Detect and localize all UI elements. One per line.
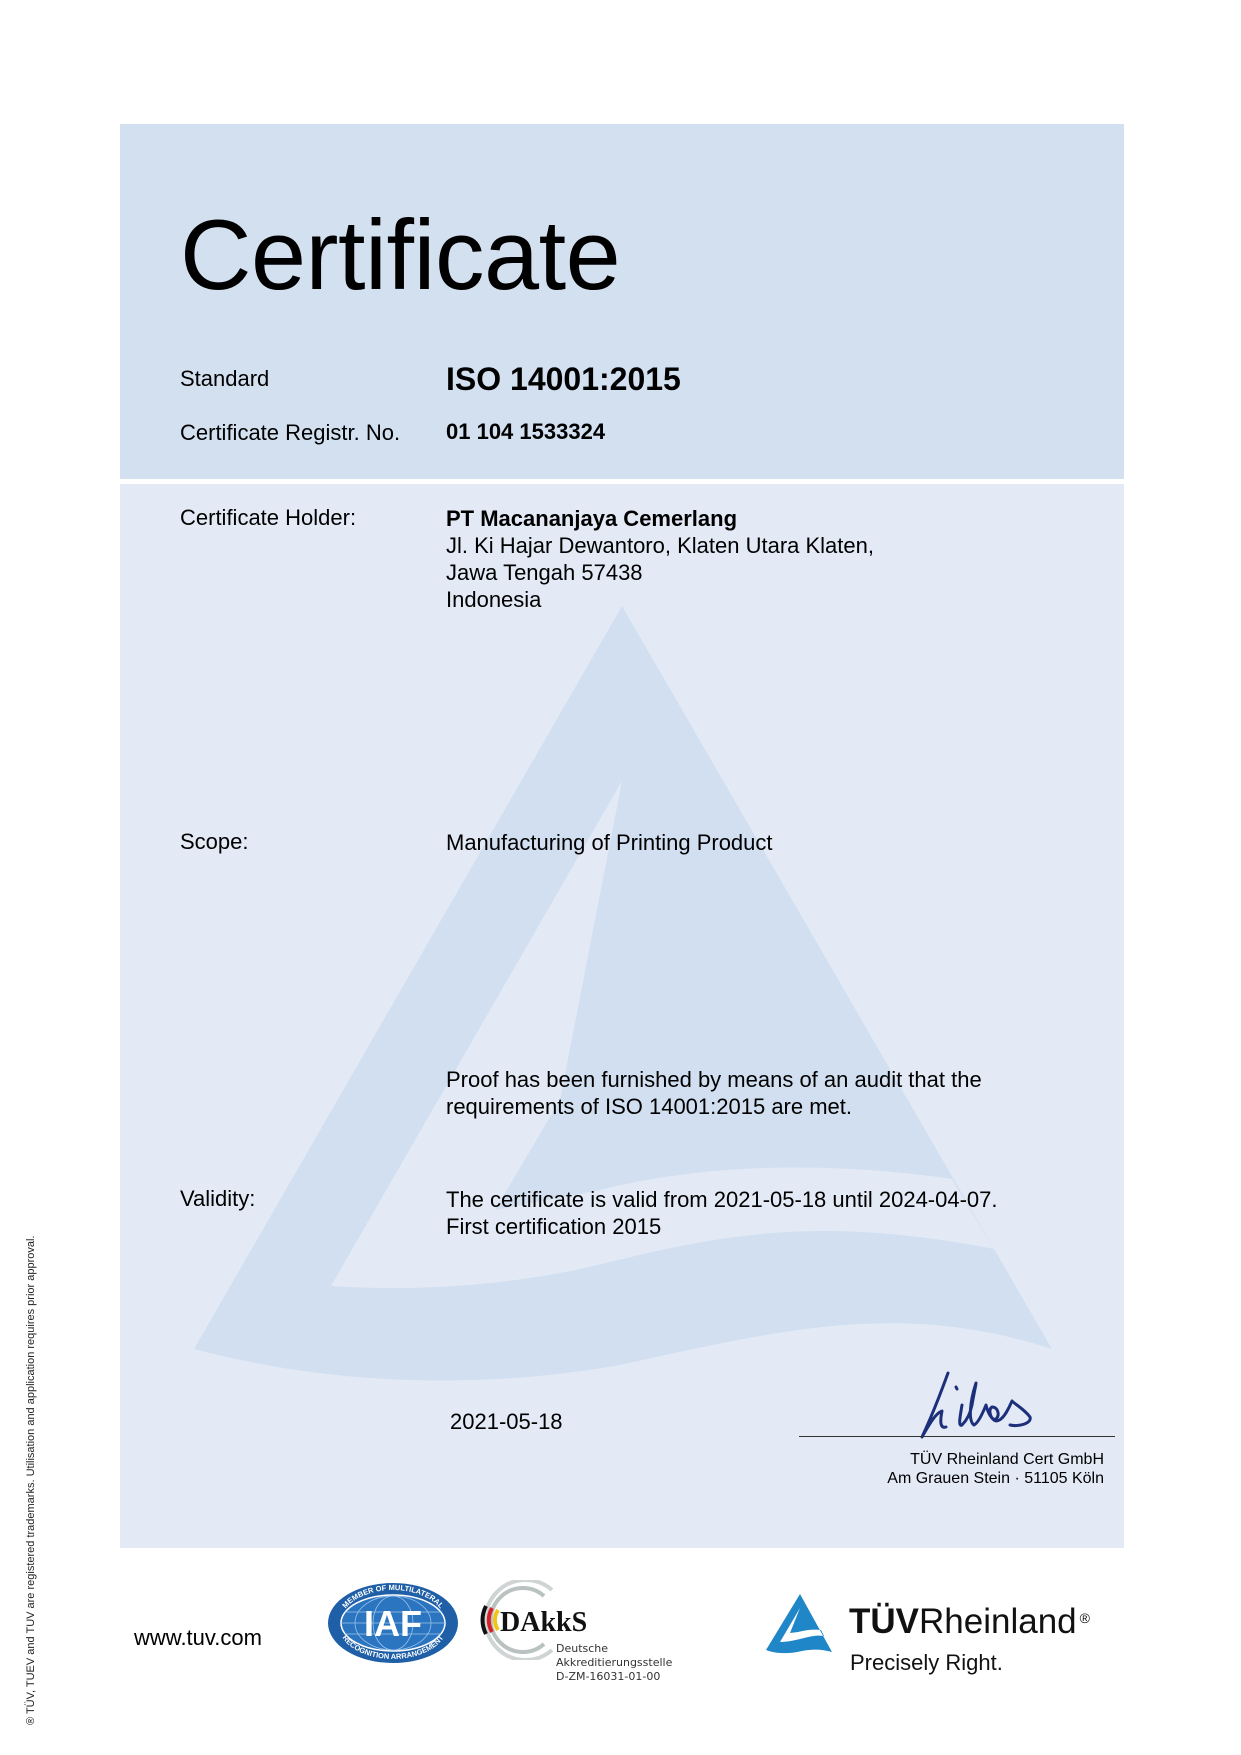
validity-period: The certificate is valid from 2021-05-18… bbox=[446, 1186, 998, 1213]
tuv-brand-regular: Rheinland bbox=[919, 1602, 1077, 1641]
signature-line bbox=[799, 1436, 1115, 1437]
issue-date: 2021-05-18 bbox=[450, 1409, 563, 1435]
first-certification: First certification 2015 bbox=[446, 1213, 998, 1240]
tuv-slogan: Precisely Right. bbox=[850, 1650, 1003, 1676]
holder-name: PT Macananjaya Cemerlang bbox=[446, 505, 874, 532]
tuv-triangle-logo-icon bbox=[766, 1594, 834, 1654]
tuv-brand: TÜVRheinland® bbox=[849, 1602, 1090, 1642]
scope-label: Scope: bbox=[180, 829, 249, 855]
proof-line: requirements of ISO 14001:2015 are met. bbox=[446, 1093, 982, 1120]
tuv-brand-bold: TÜV bbox=[849, 1602, 919, 1641]
standard-value: ISO 14001:2015 bbox=[446, 360, 681, 398]
holder-address-line: Jl. Ki Hajar Dewantoro, Klaten Utara Kla… bbox=[446, 532, 874, 559]
website-link[interactable]: www.tuv.com bbox=[134, 1625, 262, 1651]
issuer-name: TÜV Rheinland Cert GmbH bbox=[910, 1450, 1104, 1469]
registration-label: Certificate Registr. No. bbox=[180, 420, 400, 446]
issuer-address: Am Grauen Stein · 51105 Köln bbox=[887, 1469, 1104, 1488]
signature-icon bbox=[900, 1365, 1060, 1445]
dakks-code: D-ZM-16031-01-00 bbox=[556, 1670, 660, 1684]
registered-mark: ® bbox=[1080, 1610, 1090, 1626]
dakks-name: DAkkS bbox=[500, 1608, 587, 1638]
dakks-logo: DAkkS Deutsche Akkreditierungsstelle D-Z… bbox=[474, 1580, 694, 1680]
holder-address-line: Indonesia bbox=[446, 586, 874, 613]
holder-block: PT Macananjaya Cemerlang Jl. Ki Hajar De… bbox=[446, 505, 874, 613]
dakks-line1: Deutsche bbox=[556, 1642, 608, 1656]
holder-address-line: Jawa Tengah 57438 bbox=[446, 559, 874, 586]
iaf-logo-icon: IAF MEMBER OF MULTILATERAL RECOGNITION A… bbox=[327, 1582, 459, 1664]
registration-value: 01 104 1533324 bbox=[446, 419, 605, 445]
svg-text:IAF: IAF bbox=[364, 1603, 422, 1644]
standard-label: Standard bbox=[180, 366, 269, 392]
certificate-title: Certificate bbox=[180, 200, 620, 310]
proof-statement: Proof has been furnished by means of an … bbox=[446, 1066, 982, 1120]
proof-line: Proof has been furnished by means of an … bbox=[446, 1066, 982, 1093]
holder-label: Certificate Holder: bbox=[180, 505, 356, 531]
trademark-note: ® TÜV, TUEV and TUV are registered trade… bbox=[24, 1236, 38, 1726]
dakks-line2: Akkreditierungsstelle bbox=[556, 1656, 672, 1670]
scope-value: Manufacturing of Printing Product bbox=[446, 829, 773, 856]
iaf-logo: IAF MEMBER OF MULTILATERAL RECOGNITION A… bbox=[327, 1582, 459, 1664]
validity-block: The certificate is valid from 2021-05-18… bbox=[446, 1186, 998, 1240]
validity-label: Validity: bbox=[180, 1186, 255, 1212]
